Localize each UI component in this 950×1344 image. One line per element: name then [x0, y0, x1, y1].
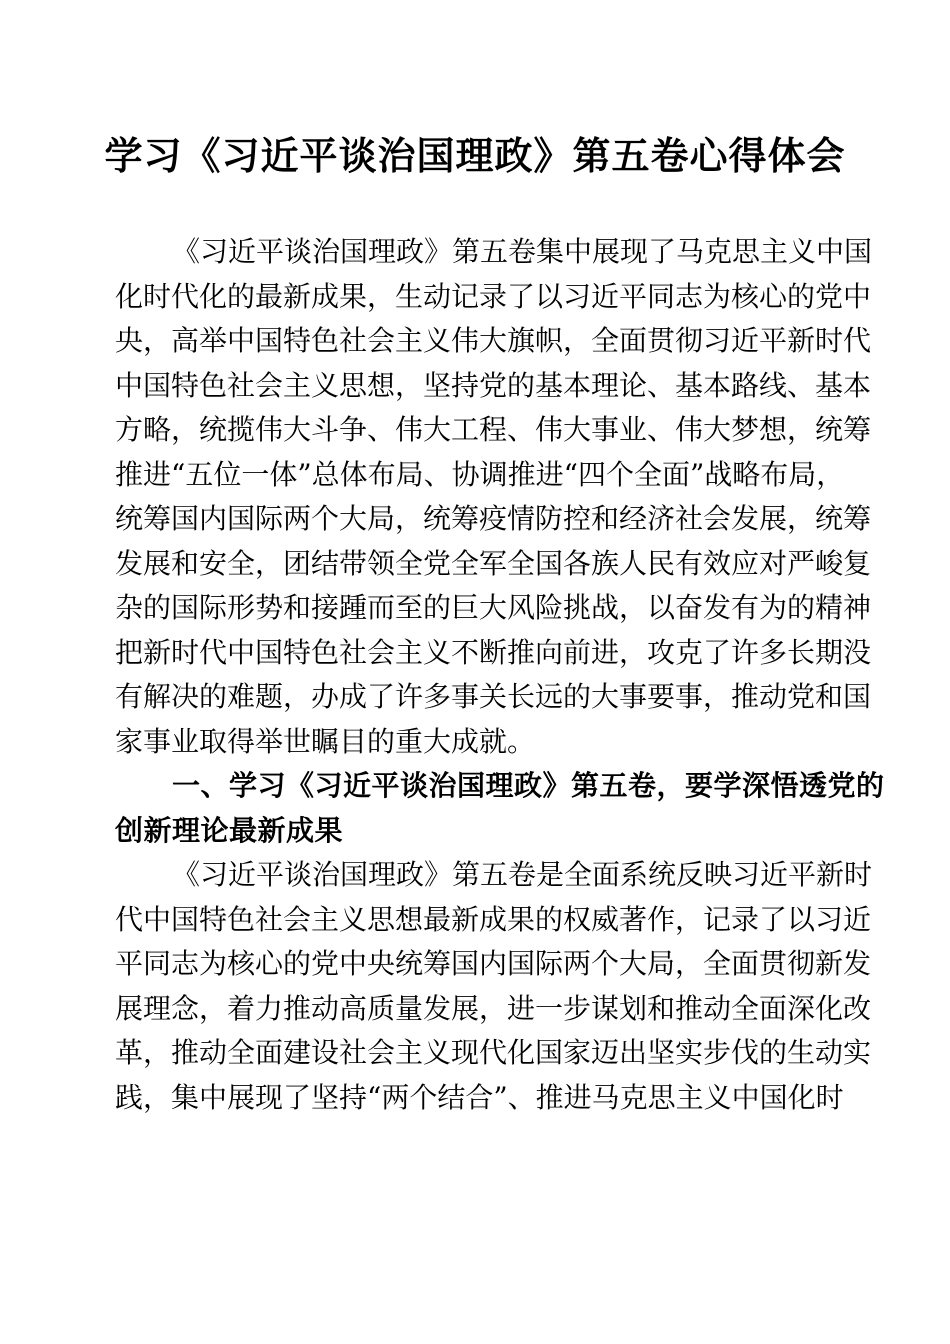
text-line: 一、学习《习近平谈治国理政》第五卷，要学深悟透党的 [115, 764, 838, 809]
text-line: 中国特色社会主义思想，坚持党的基本理论、基本路线、基本 [115, 364, 838, 409]
text-line: 方略，统揽伟大斗争、伟大工程、伟大事业、伟大梦想，统筹 [115, 408, 838, 453]
text-line: 发展和安全，团结带领全党全军全国各族人民有效应对严峻复 [115, 542, 838, 587]
text-line: 创新理论最新成果 [115, 809, 838, 854]
paragraph-1: 《习近平谈治国理政》第五卷集中展现了马克思主义中国化时代化的最新成果，生动记录了… [115, 230, 838, 764]
text-line: 展理念，着力推动高质量发展，进一步谋划和推动全面深化改 [115, 987, 838, 1032]
section-heading-1: 一、学习《习近平谈治国理政》第五卷，要学深悟透党的创新理论最新成果 [115, 764, 838, 853]
text-line: 《习近平谈治国理政》第五卷集中展现了马克思主义中国 [115, 230, 838, 275]
text-line: 统筹国内国际两个大局，统筹疫情防控和经济社会发展，统筹 [115, 497, 838, 542]
text-line: 有解决的难题，办成了许多事关长远的大事要事，推动党和国 [115, 675, 838, 720]
document-body: 《习近平谈治国理政》第五卷集中展现了马克思主义中国化时代化的最新成果，生动记录了… [115, 230, 838, 1120]
text-line: 化时代化的最新成果，生动记录了以习近平同志为核心的党中 [115, 275, 838, 320]
text-line: 革，推动全面建设社会主义现代化国家迈出坚实步伐的生动实 [115, 1031, 838, 1076]
text-line: 杂的国际形势和接踵而至的巨大风险挑战，以奋发有为的精神 [115, 586, 838, 631]
paragraph-2: 《习近平谈治国理政》第五卷是全面系统反映习近平新时代中国特色社会主义思想最新成果… [115, 853, 838, 1120]
text-line: 《习近平谈治国理政》第五卷是全面系统反映习近平新时 [115, 853, 838, 898]
text-line: 央，高举中国特色社会主义伟大旗帜，全面贯彻习近平新时代 [115, 319, 838, 364]
text-line: 代中国特色社会主义思想最新成果的权威著作，记录了以习近 [115, 898, 838, 943]
text-line: 把新时代中国特色社会主义不断推向前进，攻克了许多长期没 [115, 631, 838, 676]
text-line: 践，集中展现了坚持“两个结合”、推进马克思主义中国化时 [115, 1076, 838, 1121]
text-line: 推进“五位一体”总体布局、协调推进“四个全面”战略布局， [115, 453, 838, 498]
text-line: 平同志为核心的党中央统筹国内国际两个大局，全面贯彻新发 [115, 942, 838, 987]
document-page: 学习《习近平谈治国理政》第五卷心得体会 《习近平谈治国理政》第五卷集中展现了马克… [0, 0, 950, 1344]
text-line: 家事业取得举世瞩目的重大成就。 [115, 720, 838, 765]
document-title: 学习《习近平谈治国理政》第五卷心得体会 [0, 0, 950, 180]
